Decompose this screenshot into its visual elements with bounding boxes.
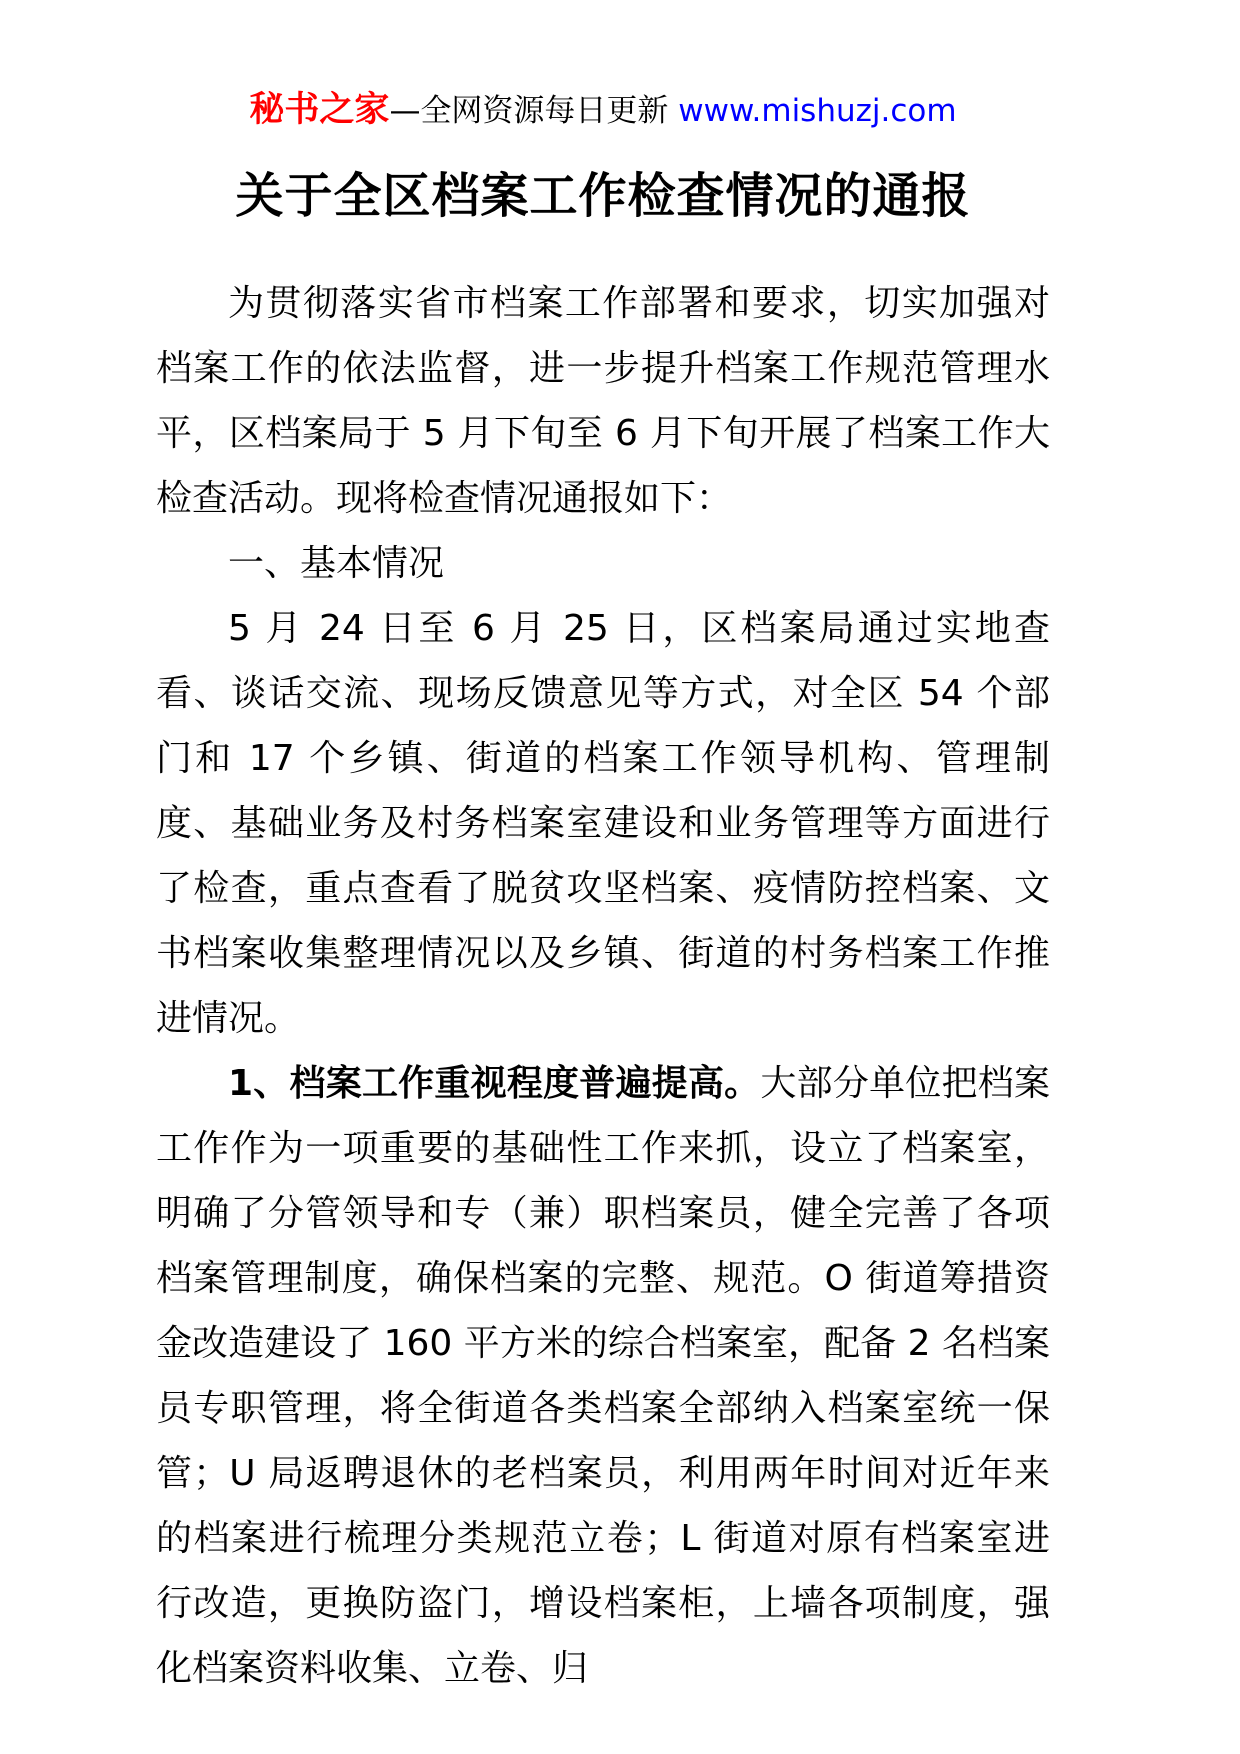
para-point-1: 1、档案工作重视程度普遍提高。大部分单位把档案工作作为一项重要的基础性工作来抓，… xyxy=(156,1051,1050,1701)
bold-text-run: 1、档案工作重视程度普遍提高。 xyxy=(228,1063,760,1104)
text-run: 5 月 24 日至 6 月 25 日，区档案局通过实地查看、谈话交流、现场反馈意… xyxy=(156,608,1050,1039)
document-page: 秘书之家—全网资源每日更新 www.mishuzj.com 关于全区档案工作检查… xyxy=(0,0,1240,1754)
document-body: 为贯彻落实省市档案工作部署和要求，切实加强对档案工作的依法监督，进一步提升档案工… xyxy=(156,271,1050,1701)
header-tagline: 全网资源每日更新 xyxy=(420,93,678,129)
heading-section-1: 一、基本情况 xyxy=(156,531,1050,596)
para-intro: 为贯彻落实省市档案工作部署和要求，切实加强对档案工作的依法监督，进一步提升档案工… xyxy=(156,271,1050,531)
text-run: 一、基本情况 xyxy=(228,543,444,584)
site-name: 秘书之家 xyxy=(249,90,389,130)
text-run: 大部分单位把档案工作作为一项重要的基础性工作来抓，设立了档案室，明确了分管领导和… xyxy=(156,1063,1050,1689)
para-overview: 5 月 24 日至 6 月 25 日，区档案局通过实地查看、谈话交流、现场反馈意… xyxy=(156,596,1050,1051)
page-title: 关于全区档案工作检查情况的通报 xyxy=(156,165,1050,227)
text-run: 为贯彻落实省市档案工作部署和要求，切实加强对档案工作的依法监督，进一步提升档案工… xyxy=(156,283,1050,519)
site-url-link[interactable]: www.mishuzj.com xyxy=(678,93,956,129)
site-header: 秘书之家—全网资源每日更新 www.mishuzj.com xyxy=(156,88,1050,133)
header-separator: — xyxy=(389,93,420,129)
